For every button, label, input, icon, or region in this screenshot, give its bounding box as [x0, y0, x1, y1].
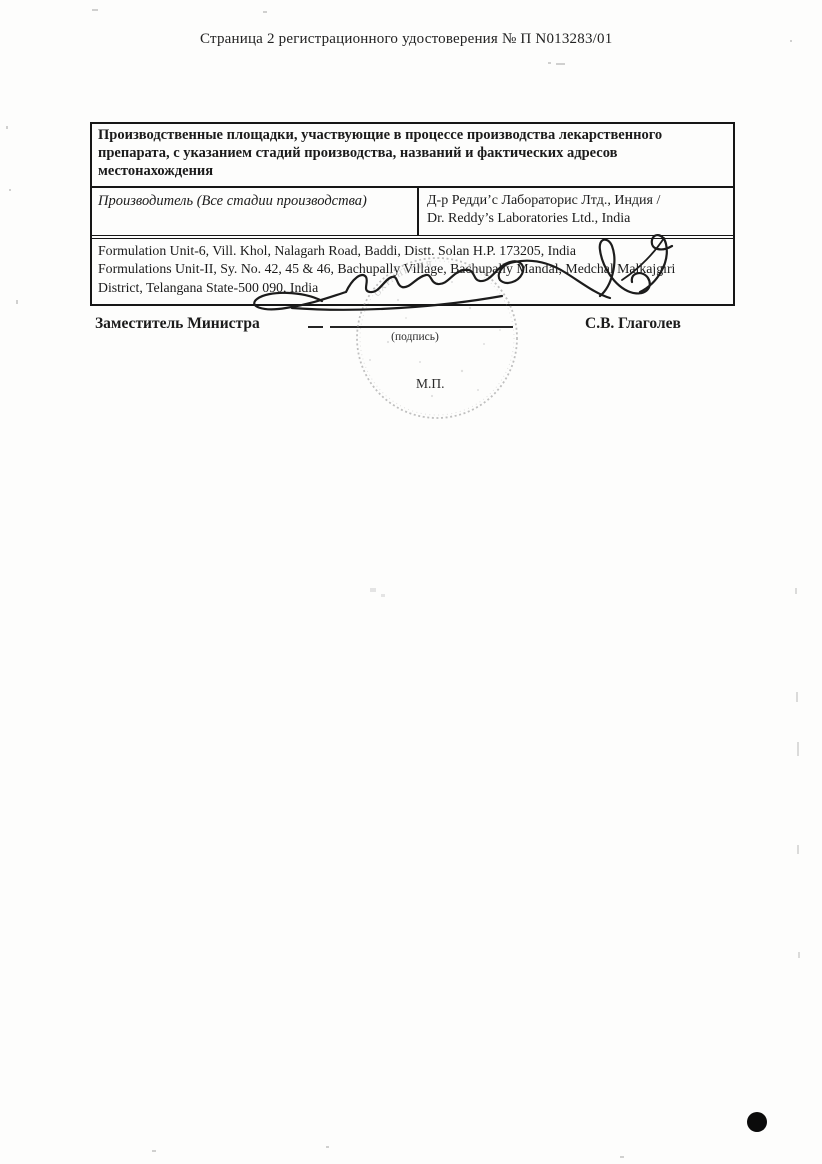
scan-speck [620, 1156, 624, 1158]
address-line3: District, Telangana State-500 090, India [98, 279, 725, 297]
scan-speck [16, 300, 18, 304]
scan-speck [798, 952, 800, 958]
signature-line [330, 326, 513, 328]
scan-speck [795, 588, 797, 594]
address-line2: Formulations Unit-II, Sy. No. 42, 45 & 4… [98, 260, 725, 278]
page-header-label: Страница 2 регистрационного удостоверени… [200, 31, 612, 48]
official-title-label: Заместитель Министра [95, 315, 260, 333]
table-header-cell: Производственные площадки, участвующие в… [92, 124, 733, 188]
scan-speck [548, 62, 551, 64]
producer-value-line1: Д-р Редди’с Лабораторис Лтд., Индия / [427, 192, 725, 210]
scan-speck [152, 1150, 156, 1152]
official-name-label: С.В. Глаголев [585, 315, 681, 333]
producer-value-line2: Dr. Reddy’s Laboratories Ltd., India [427, 210, 725, 228]
scan-speck [381, 594, 385, 597]
table-producer-row: Производитель (Все стадии производства) … [92, 188, 733, 239]
scan-speck [9, 189, 11, 191]
scan-speck [556, 63, 565, 65]
signature-caption: (подпись) [372, 331, 458, 343]
scan-speck [370, 588, 376, 592]
production-sites-table: Производственные площадки, участвующие в… [90, 122, 735, 306]
address-line1: Formulation Unit-6, Vill. Khol, Nalagarh… [98, 242, 725, 260]
scanned-document-page: Страница 2 регистрационного удостоверени… [0, 0, 822, 1164]
signature-line-dash [308, 326, 323, 328]
address-cell: Formulation Unit-6, Vill. Khol, Nalagarh… [92, 239, 733, 304]
scan-speck [92, 9, 98, 11]
producer-value-cell: Д-р Редди’с Лабораторис Лтд., Индия / Dr… [419, 188, 733, 235]
seal-place-label: М.П. [416, 376, 445, 392]
scan-speck [797, 742, 799, 756]
scan-speck [6, 126, 8, 129]
scan-speck [326, 1146, 329, 1148]
producer-label-cell: Производитель (Все стадии производства) [92, 188, 419, 235]
scan-speck [790, 40, 792, 42]
scan-speck [796, 692, 798, 702]
scan-speck [263, 11, 267, 13]
black-dot-mark [747, 1112, 767, 1132]
scan-speck [797, 845, 799, 854]
